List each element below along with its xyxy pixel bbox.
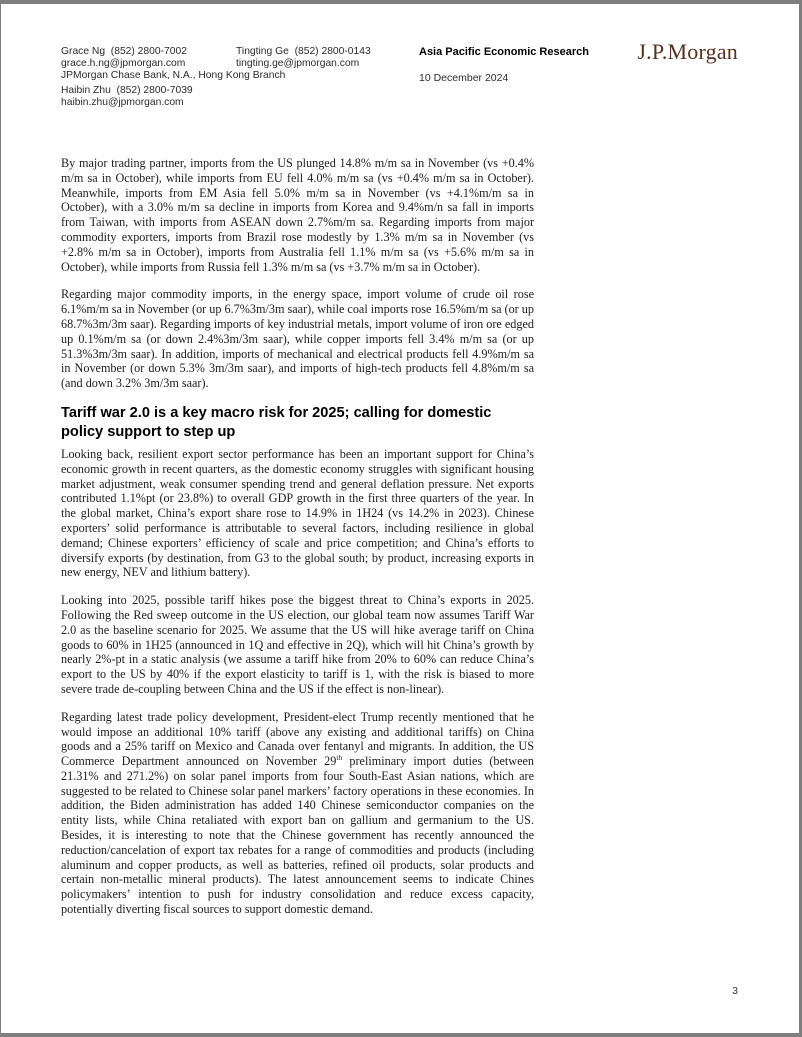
report-header: Grace Ng (852) 2800-7002 grace.h.ng@jpmo… [61,46,738,116]
section-heading: Tariff war 2.0 is a key macro risk for 2… [61,404,534,442]
author-email: haibin.zhu@jpmorgan.com [61,97,291,109]
report-body: By major trading partner, imports from t… [61,156,534,930]
author-contact-2: Haibin Zhu (852) 2800-7039 haibin.zhu@jp… [61,85,291,109]
body-paragraph-5: Regarding latest trade policy developmen… [61,710,534,917]
author-name-phone: Tingting Ge (852) 2800-0143 [236,46,406,58]
publication-info: Asia Pacific Economic Research 10 Decemb… [419,46,619,84]
author-contact-3: Tingting Ge (852) 2800-0143 tingting.ge@… [236,46,406,70]
author-name-phone: Haibin Zhu (852) 2800-7039 [61,85,291,97]
body-paragraph-3: Looking back, resilient export sector pe… [61,447,534,580]
report-date: 10 December 2024 [419,72,619,84]
page-number: 3 [732,985,738,997]
jpmorgan-logo: J.P.Morgan [637,46,738,58]
author-email: tingting.ge@jpmorgan.com [236,58,406,70]
body-paragraph-1: By major trading partner, imports from t… [61,156,534,274]
body-paragraph-4: Looking into 2025, possible tariff hikes… [61,593,534,697]
document-page: Grace Ng (852) 2800-7002 grace.h.ng@jpmo… [1,4,799,1033]
body-paragraph-2: Regarding major commodity imports, in th… [61,287,534,391]
research-series-label: Asia Pacific Economic Research [419,46,619,58]
contact-column-middle: Tingting Ge (852) 2800-0143 tingting.ge@… [236,46,406,73]
